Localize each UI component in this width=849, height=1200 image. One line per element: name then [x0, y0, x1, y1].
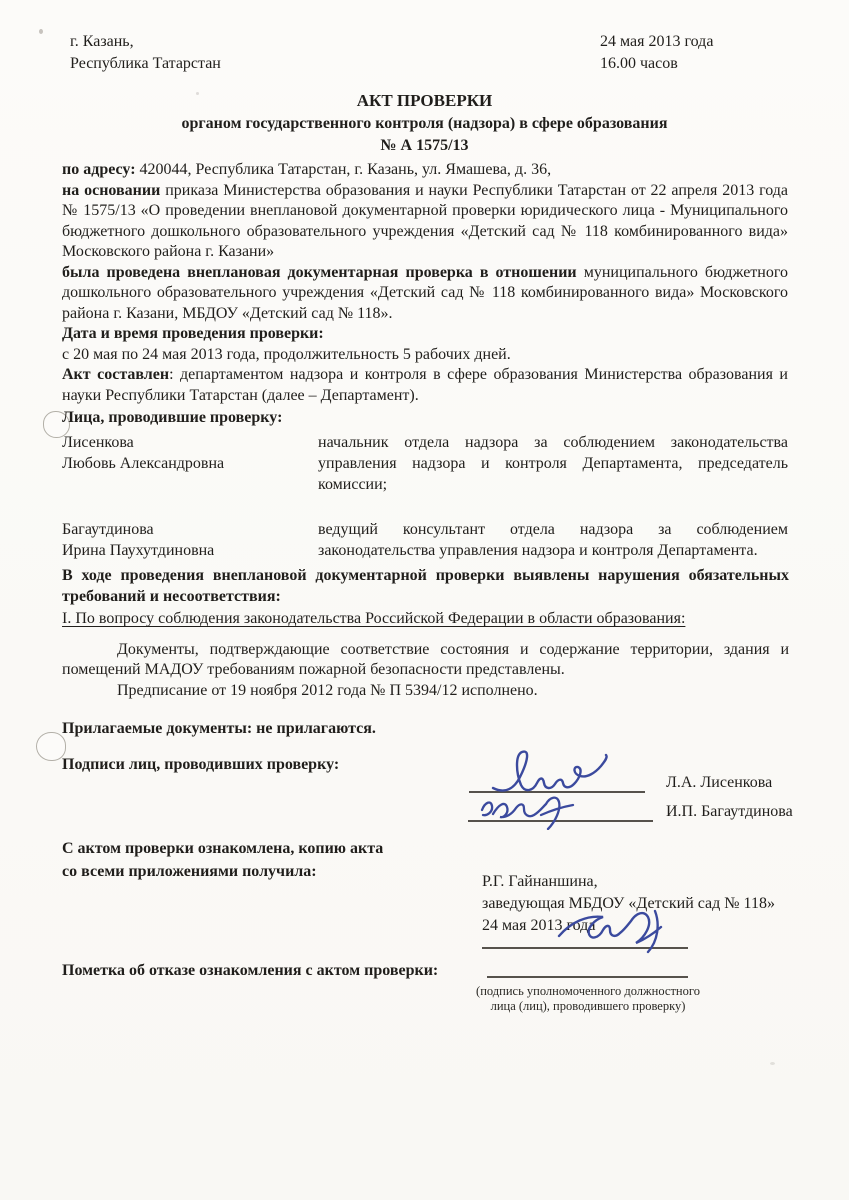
- paragraph-address: по адресу: 420044, Республика Татарстан,…: [62, 160, 788, 181]
- signatures-heading: Подписи лиц, проводивших проверку:: [62, 756, 339, 774]
- paragraph-act-composed: Акт составлен: департаментом надзора и к…: [62, 365, 788, 406]
- findings-paragraph-2: Предписание от 19 ноября 2012 года № П 5…: [62, 681, 789, 702]
- inspector-surname: Багаутдинова: [62, 519, 318, 540]
- scan-speck: [770, 1062, 775, 1065]
- inspector-role: ведущий консультант отдела надзора за со…: [318, 519, 788, 561]
- signature-bagautdinova-ink: [478, 792, 628, 830]
- recipient-date: 24 мая 2013 года: [482, 915, 775, 937]
- acknowledgement-statement: С актом проверки ознакомлена, копию акта…: [62, 838, 383, 883]
- inspector-name: Лисенкова Любовь Александровна: [62, 432, 318, 495]
- inspector-role: начальник отдела надзора за соблюдением …: [318, 432, 788, 495]
- signature-line-2: [468, 820, 653, 822]
- acknowledgement-line-1: С актом проверки ознакомлена, копию акта: [62, 838, 383, 861]
- inspector-name: Багаутдинова Ирина Паухутдиновна: [62, 519, 318, 561]
- refusal-caption: (подпись уполномоченного должностного ли…: [468, 984, 708, 1014]
- paragraph-basis: на основании приказа Министерства образо…: [62, 181, 788, 263]
- signature-line-1: [469, 791, 645, 793]
- header-date: 24 мая 2013 года: [600, 31, 713, 53]
- scan-speck: [39, 29, 43, 34]
- recipient-position: заведующая МБДОУ «Детский сад № 118»: [482, 893, 775, 915]
- act-composed-text: : департаментом надзора и контроля в сфе…: [62, 366, 788, 404]
- date-time-text: с 20 мая по 24 мая 2013 года, продолжите…: [62, 345, 788, 366]
- date-time-heading: Дата и время проведения проверки:: [62, 324, 788, 345]
- header-place-block: г. Казань, Республика Татарстан: [70, 31, 221, 75]
- address-text: 420044, Республика Татарстан, г. Казань,…: [140, 161, 552, 178]
- title-line-1: АКТ ПРОВЕРКИ: [0, 90, 849, 113]
- inspector-given-names: Любовь Александровна: [62, 453, 318, 474]
- inspector-given-names: Ирина Паухутдиновна: [62, 540, 318, 561]
- findings-paragraph-1: Документы, подтверждающие соответствие с…: [62, 640, 789, 681]
- inspector-row: Багаутдинова Ирина Паухутдиновна ведущий…: [62, 519, 788, 561]
- paragraph-conducted: была проведена внеплановая документарная…: [62, 263, 788, 325]
- conducted-label: была проведена внеплановая документарная…: [62, 264, 577, 281]
- title-number: № А 1575/13: [0, 135, 849, 158]
- signer-name-1: Л.А. Лисенкова: [666, 774, 772, 792]
- attachments-line: Прилагаемые документы: не прилагаются.: [62, 720, 376, 738]
- address-label: по адресу:: [62, 161, 136, 178]
- act-composed-label: Акт составлен: [62, 366, 169, 383]
- inspectors-heading: Лица, проводившие проверку:: [62, 407, 788, 428]
- acknowledgement-line-2: со всеми приложениями получила:: [62, 861, 383, 884]
- refusal-note-label: Пометка об отказе ознакомления с актом п…: [62, 962, 438, 980]
- refusal-caption-line-2: лица (лиц), проводившего проверку): [468, 999, 708, 1014]
- inspector-surname: Лисенкова: [62, 432, 318, 453]
- header-datetime-block: 24 мая 2013 года 16.00 часов: [600, 31, 713, 75]
- body-paragraphs: по адресу: 420044, Республика Татарстан,…: [62, 160, 788, 406]
- recipient-signature-line: [482, 947, 688, 949]
- place-republic: Республика Татарстан: [70, 53, 221, 75]
- document-title-block: АКТ ПРОВЕРКИ органом государственного ко…: [0, 90, 849, 158]
- findings-section-title: I. По вопросу соблюдения законодательств…: [62, 609, 789, 630]
- refusal-signature-line: [487, 976, 688, 978]
- scanned-document-page: г. Казань, Республика Татарстан 24 мая 2…: [0, 0, 849, 1200]
- signer-name-2: И.П. Багаутдинова: [666, 803, 793, 821]
- refusal-caption-line-1: (подпись уполномоченного должностного: [468, 984, 708, 999]
- acknowledgement-recipient-block: Р.Г. Гайнаншина, заведующая МБДОУ «Детск…: [482, 871, 775, 937]
- basis-text: приказа Министерства образования и науки…: [62, 182, 788, 261]
- findings-heading: В ходе проведения внеплановой документар…: [62, 566, 789, 607]
- title-line-2: органом государственного контроля (надзо…: [0, 113, 849, 136]
- inspectors-section: Лица, проводившие проверку: Лисенкова Лю…: [62, 407, 788, 585]
- inspector-row: Лисенкова Любовь Александровна начальник…: [62, 432, 788, 495]
- header-time: 16.00 часов: [600, 53, 713, 75]
- place-city: г. Казань,: [70, 31, 221, 53]
- recipient-name: Р.Г. Гайнаншина,: [482, 871, 775, 893]
- findings-section: В ходе проведения внеплановой документар…: [62, 566, 789, 701]
- basis-label: на основании: [62, 182, 160, 199]
